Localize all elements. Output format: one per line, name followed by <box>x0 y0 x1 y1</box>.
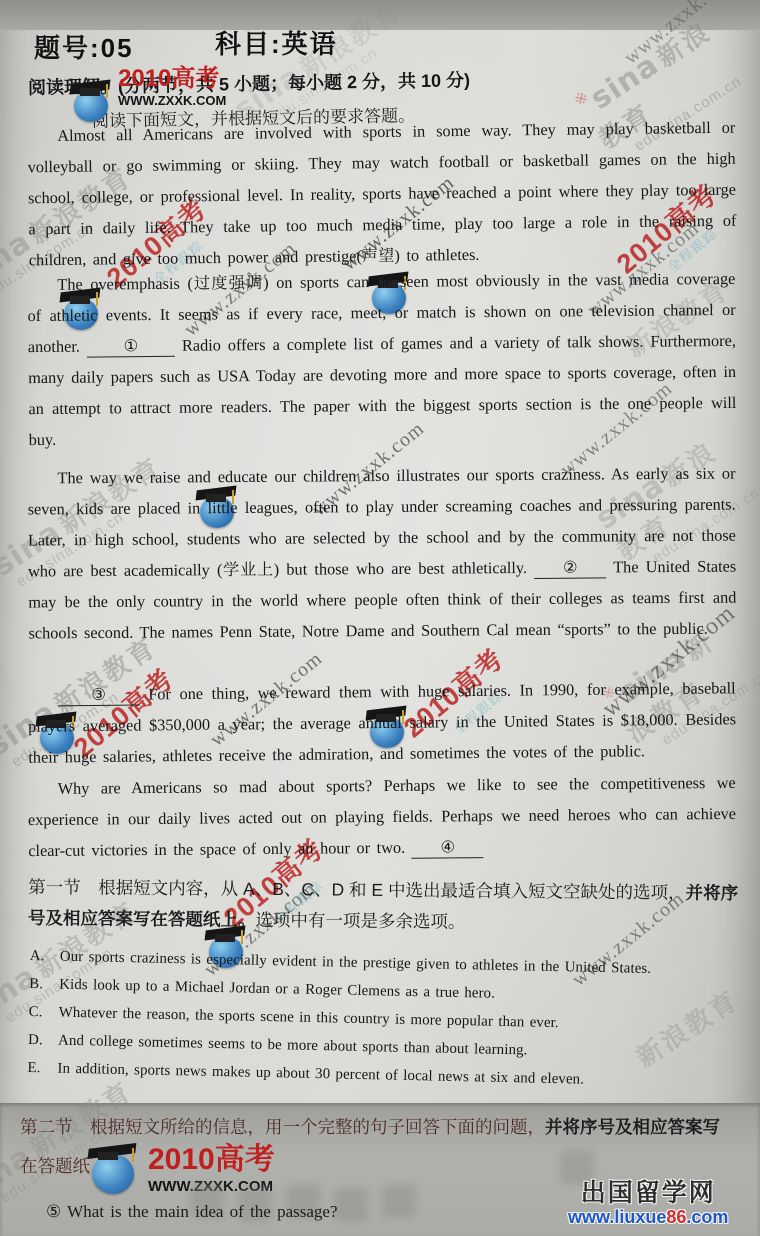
option-label: C. <box>28 1004 58 1022</box>
sina-flame-icon: ※ <box>571 89 592 111</box>
option-d: D.And college sometimes seems to be more… <box>28 1032 650 1062</box>
option-c: C.Whatever the reason, the sports scene … <box>28 1004 650 1034</box>
liuxue86-logo: 出国留学网 www.liuxue86.com <box>568 1180 728 1227</box>
show-through-mark <box>382 1184 416 1218</box>
option-label: B. <box>29 976 59 994</box>
passage-paragraph-4: ③ For one thing, we reward them with hug… <box>28 672 737 772</box>
show-through-mark <box>334 1188 368 1222</box>
liuxue86-url-part: www.liuxue <box>568 1207 666 1227</box>
zxxk-logo-block: 2010高考 WWW.ZXXK.COM <box>88 1134 275 1195</box>
option-text: In addition, sports news makes up about … <box>57 1061 584 1088</box>
option-text: And college sometimes seems to be more a… <box>58 1033 528 1059</box>
section1-heading-normal: 第一节 根据短文内容，从 A、B、C、D 和 E 中选出最适合填入短文空缺处的选… <box>28 877 686 903</box>
option-text: Whatever the reason, the sports scene in… <box>58 1005 558 1031</box>
blank-2: ② <box>534 557 606 579</box>
option-label: D. <box>28 1032 58 1050</box>
section1-heading-tail: 选项中有一项是多余选项。 <box>255 910 465 932</box>
liuxue86-url-part: 86 <box>666 1207 686 1227</box>
passage-paragraph-5: Why are Americans so mad about sports? P… <box>28 767 737 866</box>
zxxk-mascot-icon <box>70 80 114 124</box>
liuxue86-url-part: .com <box>686 1207 728 1227</box>
option-label: E. <box>27 1060 57 1078</box>
question-5: ⑤ What is the main idea of the passage? <box>46 1202 338 1222</box>
options-list: A.Our sports craziness is especially evi… <box>27 948 651 1090</box>
option-text: Our sports craziness is especially evide… <box>60 949 652 977</box>
passage-paragraph-3: The way we raise and educate our childre… <box>27 458 736 649</box>
paragraph-text: Almost all Americans are involved with s… <box>28 118 737 270</box>
option-text: Kids look up to a Michael Jordan or a Ro… <box>59 977 495 1002</box>
gaokao-logo-text: 2010高考 <box>148 1134 275 1178</box>
zxxk-site-url: WWW.ZXXK.COM <box>118 93 226 108</box>
paragraph-text: Why are Americans so mad about sports? P… <box>28 773 736 860</box>
blank-4: ④ <box>412 837 484 859</box>
passage-paragraph-2: The overemphasis (过度强调) on sports can be… <box>27 263 737 455</box>
scan-edge-strip <box>0 0 760 30</box>
zxxk-mascot-icon <box>88 1144 144 1200</box>
option-label: A. <box>30 948 60 966</box>
subject-title: 科目:英语 <box>215 24 338 61</box>
sina-logo-text: sina <box>584 47 665 117</box>
gaokao-logo-text: 2010高考 <box>118 58 226 93</box>
zxxk-logo-block: 2010高考 WWW.ZXXK.COM <box>70 58 226 108</box>
blank-1: ① <box>87 336 175 358</box>
option-a: A.Our sports craziness is especially evi… <box>30 948 652 978</box>
passage-paragraph-1: Almost all Americans are involved with s… <box>27 112 737 276</box>
scanned-exam-page: ※sina新浪教育 edu.sina.com.cn sina新浪教育 edu.s… <box>0 0 760 1236</box>
blank-3: ③ <box>58 685 140 707</box>
liuxue86-name: 出国留学网 <box>568 1180 728 1208</box>
liuxue86-url: www.liuxue86.com <box>568 1208 728 1228</box>
option-b: B.Kids look up to a Michael Jordan or a … <box>29 976 651 1006</box>
option-e: E.In addition, sports news makes up abou… <box>27 1060 649 1090</box>
section1-heading: 第一节 根据短文内容，从 A、B、C、D 和 E 中选出最适合填入短文空缺处的选… <box>28 872 739 940</box>
section2-heading-bold: 并将序号及相应答案写 <box>545 1117 720 1137</box>
